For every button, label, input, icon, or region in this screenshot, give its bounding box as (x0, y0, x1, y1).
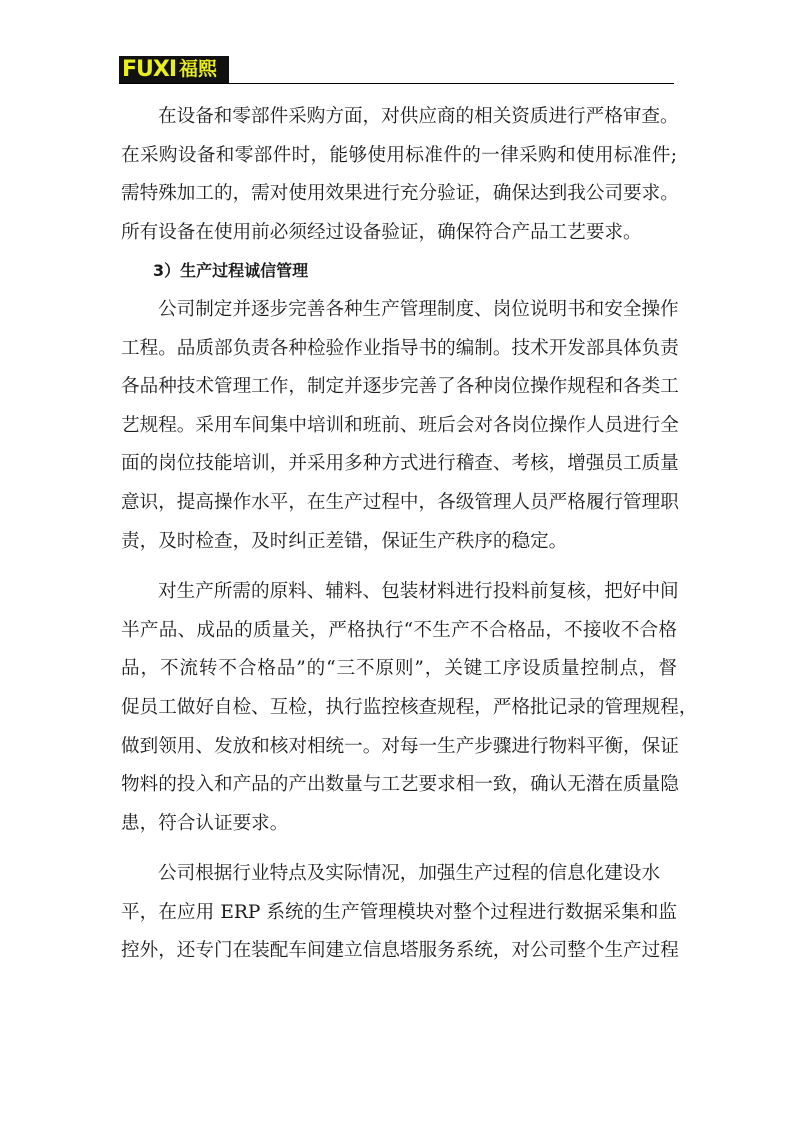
text-line: 对生产所需的原料、辅料、包装材料进行投料前复核，把好中间 (121, 573, 677, 612)
text-line: 意识，提高操作水平，在生产过程中，各级管理人员严格履行管理职 (121, 484, 677, 523)
paragraph-management-system: 公司制定并逐步完善各种生产管理制度、岗位说明书和安全操作 工程。品质部负责各种检… (121, 291, 677, 561)
paragraph-procurement: 在设备和零部件采购方面，对供应商的相关资质进行严格审查。 在采购设备和零部件时，… (121, 98, 677, 252)
text-line: 品，不流转不合格品”的“三不原则”，关键工序设质量控制点，督 (121, 650, 677, 689)
text-line: 需特殊加工的，需对使用效果进行充分验证，确保达到我公司要求。 (121, 175, 677, 214)
text-line: 公司根据行业特点及实际情况，加强生产过程的信息化建设水 (121, 855, 677, 894)
document-body: 在设备和零部件采购方面，对供应商的相关资质进行严格审查。 在采购设备和零部件时，… (121, 98, 677, 971)
text-line: 责，及时检查，及时纠正差错，保证生产秩序的稳定。 (121, 523, 677, 562)
text-line: 做到领用、发放和核对相统一。对每一生产步骤进行物料平衡，保证 (121, 728, 677, 767)
text-line: 各品种技术管理工作，制定并逐步完善了各种岗位操作规程和各类工 (121, 368, 677, 407)
header-divider (119, 83, 674, 84)
text-line: 平，在应用 ERP 系统的生产管理模块对整个过程进行数据采集和监 (121, 894, 677, 933)
text-line: 在设备和零部件采购方面，对供应商的相关资质进行严格审查。 (121, 98, 677, 137)
section-heading: 3）生产过程诚信管理 (121, 252, 677, 291)
text-line: 工程。品质部负责各种检验作业指导书的编制。技术开发部具体负责 (121, 330, 677, 369)
company-logo: FUXI 福熙 (119, 56, 229, 83)
logo-latin-text: FUXI (122, 56, 176, 83)
paragraph-material-control: 对生产所需的原料、辅料、包装材料进行投料前复核，把好中间 半产品、成品的质量关，… (121, 573, 677, 843)
text-line: 在采购设备和零部件时，能够使用标准件的一律采购和使用标准件; (121, 137, 677, 176)
text-line: 患，符合认证要求。 (121, 805, 677, 844)
text-line: 控外，还专门在装配车间建立信息塔服务系统，对公司整个生产过程 (121, 932, 677, 971)
text-line: 促员工做好自检、互检，执行监控核查规程，严格批记录的管理规程， (121, 689, 677, 728)
paragraph-informatization: 公司根据行业特点及实际情况，加强生产过程的信息化建设水 平，在应用 ERP 系统… (121, 855, 677, 971)
text-line: 物料的投入和产品的产出数量与工艺要求相一致，确认无潜在质量隐 (121, 766, 677, 805)
text-line: 半产品、成品的质量关，严格执行“不生产不合格品，不接收不合格 (121, 612, 677, 651)
text-line: 艺规程。采用车间集中培训和班前、班后会对各岗位操作人员进行全 (121, 407, 677, 446)
text-line: 所有设备在使用前必须经过设备验证，确保符合产品工艺要求。 (121, 214, 677, 253)
logo-cjk-text: 福熙 (179, 56, 217, 83)
text-line: 公司制定并逐步完善各种生产管理制度、岗位说明书和安全操作 (121, 291, 677, 330)
text-line: 面的岗位技能培训，并采用多种方式进行稽查、考核，增强员工质量 (121, 445, 677, 484)
